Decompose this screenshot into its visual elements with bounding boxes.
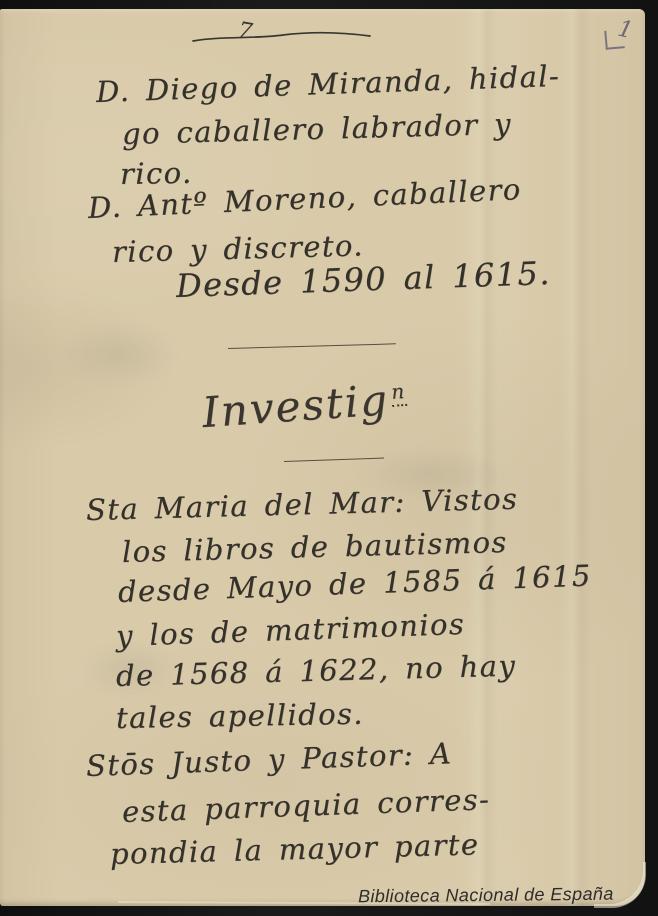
manuscript-paper: 7 1 D. Diego de Miranda, hidal- go cabal… xyxy=(0,9,645,906)
corner-fold xyxy=(594,862,646,908)
ink-bleedthrough xyxy=(40,309,200,399)
section-heading-superscript: n xyxy=(390,379,407,407)
folio-mark: 1 xyxy=(604,20,636,49)
folio-number: 1 xyxy=(616,16,636,45)
section-divider xyxy=(228,343,396,349)
manuscript-line: tales apellidos. xyxy=(116,697,364,735)
manuscript-line: de 1568 á 1622, no hay xyxy=(116,649,517,693)
scanned-page: 7 1 D. Diego de Miranda, hidal- go cabal… xyxy=(0,0,658,916)
heading-underline xyxy=(284,458,384,462)
manuscript-line: go caballero labrador y xyxy=(122,107,513,151)
paper-crease xyxy=(562,9,592,906)
top-flourish-line: 7 xyxy=(191,23,373,49)
manuscript-line: D. Diego de Miranda, hidal- xyxy=(95,59,560,109)
manuscript-line: Stōs Justo y Pastor: A xyxy=(85,736,452,783)
manuscript-line: pondia la mayor parte xyxy=(110,827,480,871)
manuscript-line: Sta Maria del Mar: Vistos xyxy=(86,482,519,527)
manuscript-line: rico. xyxy=(120,156,193,191)
paper-crease xyxy=(468,9,498,906)
manuscript-line: y los de matrimonios xyxy=(115,607,465,653)
manuscript-line: esta parroquia corres- xyxy=(121,782,490,829)
flourish-stroke xyxy=(191,23,373,49)
section-heading: Investign xyxy=(201,374,409,437)
section-heading-text: Investig xyxy=(201,375,391,437)
